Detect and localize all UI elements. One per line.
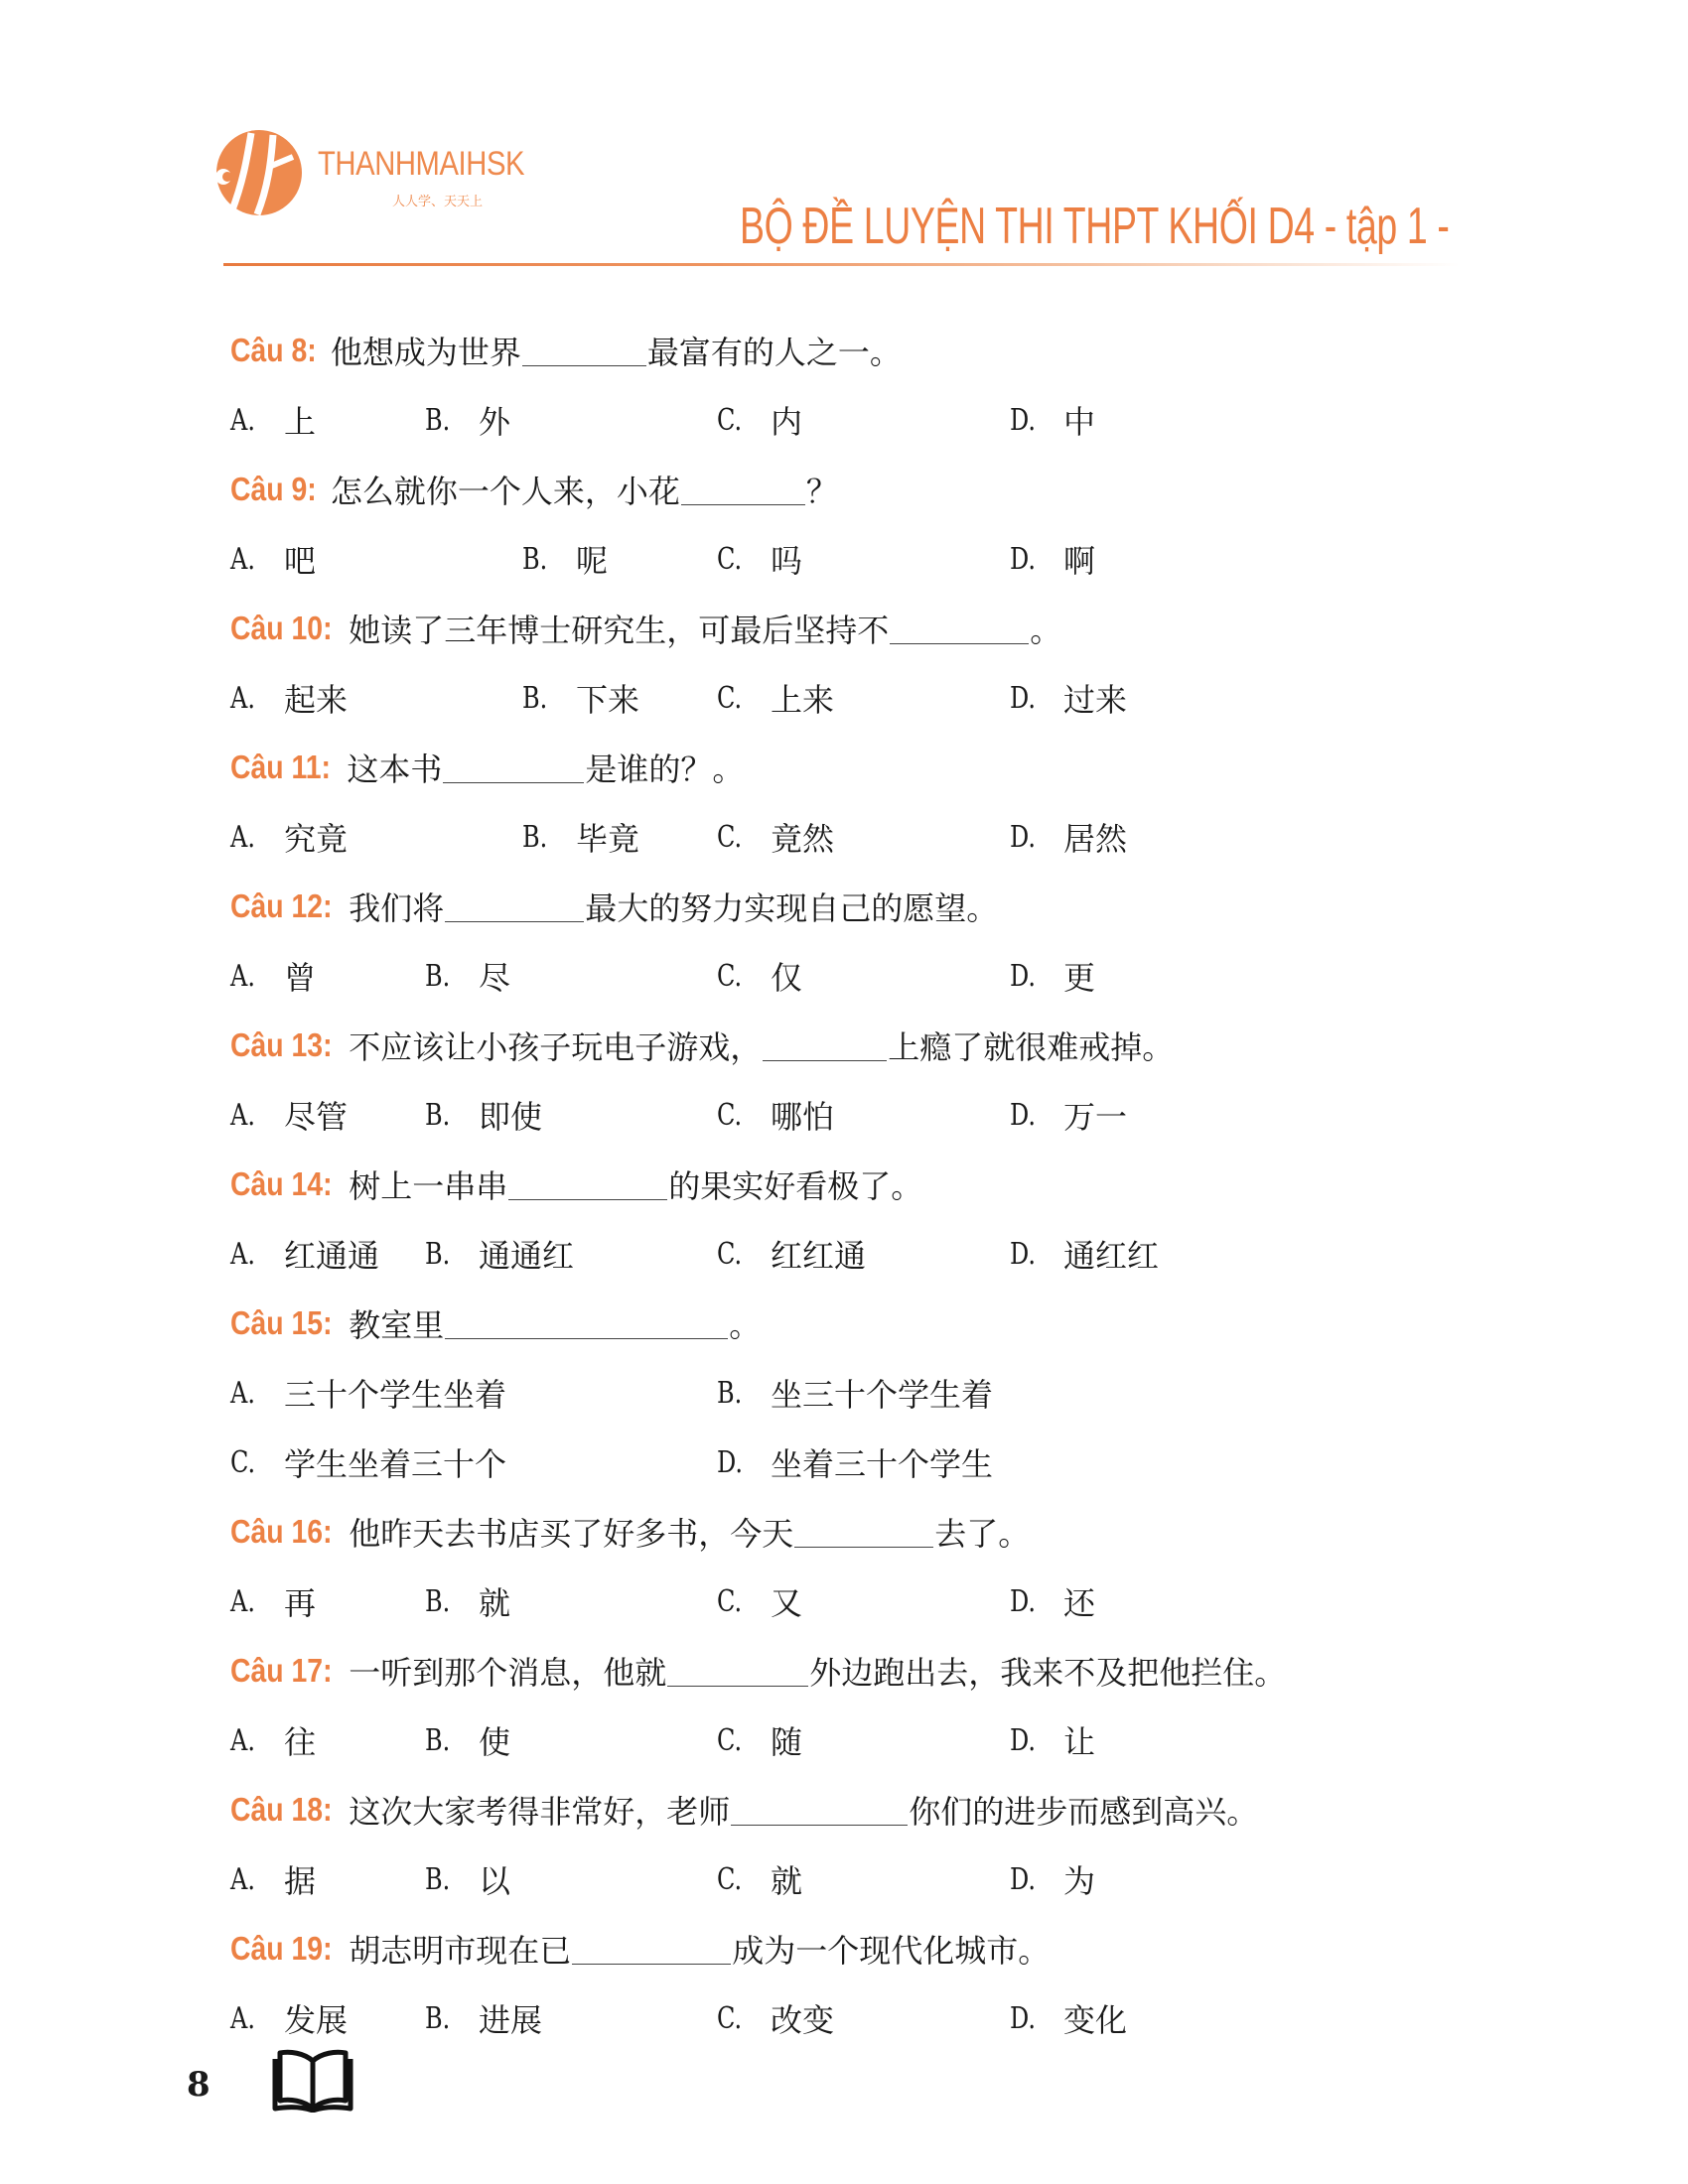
question-text-after: 最大的努力实现自己的愿望。 [585,884,998,929]
answer-blank [731,1795,908,1826]
option-letter: A. [230,2001,273,2036]
answer-blank [794,1517,933,1548]
answer-blank [508,1169,667,1200]
option-c: C.随 [717,1706,802,1775]
option-text: 万一 [1063,1092,1127,1138]
option-letter: B. [425,1237,468,1272]
option-text: 三十个学生坐着 [284,1370,506,1416]
options-row: A.吧B.呢C.吗D.啊 [230,524,1521,594]
option-text: 外 [479,397,510,443]
option-letter: C. [717,820,760,855]
answer-blank [572,1934,731,1965]
option-letter: B. [425,403,468,438]
option-a: A.三十个学生坐着 [230,1358,506,1428]
option-a: A.起来 [230,663,348,733]
option-b: B.使 [425,1706,510,1775]
question-label: Câu 14: [230,1165,333,1203]
option-letter: D. [1010,1723,1053,1758]
question-label: Câu 16: [230,1513,333,1551]
question-text-before: 他想成为世界 [331,328,521,373]
options-row: A.再B.就C.又D.还 [230,1567,1521,1636]
option-letter: D. [1010,959,1053,994]
option-c: C.学生坐着三十个 [230,1428,506,1497]
question-text-after: 你们的进步而感到高兴。 [909,1787,1258,1833]
option-text: 即使 [479,1092,542,1138]
option-c: C.上来 [717,663,834,733]
option-letter: B. [425,1098,468,1133]
options-row: A.往B.使C.随D.让 [230,1706,1521,1775]
option-text: 坐三十个学生着 [771,1370,993,1416]
option-text: 下来 [576,675,639,721]
option-b: B.坐三十个学生着 [717,1358,993,1428]
question-12: Câu 12:我们将最大的努力实现自己的愿望。 [230,872,1521,941]
answer-blank [667,1656,808,1687]
option-text: 过来 [1063,675,1127,721]
option-letter: C. [717,403,760,438]
question-text: 树上一串串的果实好看极了。 [349,1161,922,1207]
options-row: A.红通通B.通通红C.红红通D.通红红 [230,1219,1521,1289]
question-8: Câu 8:他想成为世界最富有的人之一。 [230,316,1521,385]
question-text-after: 上瘾了就很难戒掉。 [888,1023,1174,1068]
option-text: 仅 [771,953,802,999]
option-d: D.变化 [1010,1983,1127,2053]
options-row: A.究竟B.毕竟C.竟然D.居然 [230,802,1521,872]
option-letter: D. [1010,1237,1053,1272]
answer-blank [681,475,805,505]
option-text: 哪怕 [771,1092,834,1138]
question-text-after: 。 [729,1300,761,1346]
question-9: Câu 9:怎么就你一个人来，小花？ [230,455,1521,524]
options-row: C.学生坐着三十个D.坐着三十个学生 [230,1428,1521,1497]
option-text: 中 [1063,397,1095,443]
question-text: 他想成为世界最富有的人之一。 [331,328,902,373]
question-text: 怎么就你一个人来，小花？ [331,467,838,512]
option-text: 尽管 [284,1092,348,1138]
option-letter: B. [522,542,565,577]
option-c: C.仅 [717,941,802,1011]
option-c: C.内 [717,385,802,455]
logo-name: THANHMAIHSK [318,145,524,184]
option-letter: D. [1010,681,1053,716]
question-text: 这本书是谁的？。 [347,745,744,790]
option-text: 上 [284,397,316,443]
option-a: A.发展 [230,1983,348,2053]
question-text-before: 我们将 [349,884,444,929]
option-d: D.啊 [1010,524,1095,594]
option-a: A.究竟 [230,802,348,872]
option-text: 通红红 [1063,1231,1159,1277]
option-letter: C. [717,542,760,577]
option-letter: C. [230,1445,273,1480]
option-c: C.就 [717,1844,802,1914]
question-label: Câu 19: [230,1930,333,1968]
option-letter: B. [425,2001,468,2036]
option-text: 吗 [771,536,802,582]
question-text-after: 。 [1030,606,1061,651]
option-text: 居然 [1063,814,1127,860]
option-text: 更 [1063,953,1095,999]
option-text: 究竟 [284,814,348,860]
option-letter: A. [230,1723,273,1758]
question-text-after: 外边跑出去，我来不及把他拦住。 [809,1648,1286,1694]
question-11: Câu 11:这本书是谁的？。 [230,733,1521,802]
question-13: Câu 13:不应该让小孩子玩电子游戏，上瘾了就很难戒掉。 [230,1011,1521,1080]
logo-slogan: 人人学、天天上 [392,191,483,209]
option-letter: D. [717,1445,760,1480]
option-c: C.又 [717,1567,802,1636]
question-text-before: 这本书 [347,745,442,790]
question-15: Câu 15:教室里。 [230,1289,1521,1358]
question-text-before: 树上一串串 [349,1161,507,1207]
option-text: 学生坐着三十个 [284,1439,506,1485]
option-letter: A. [230,1862,273,1897]
option-letter: A. [230,959,273,994]
option-c: C.改变 [717,1983,834,2053]
option-text: 往 [284,1717,316,1763]
option-b: B.就 [425,1567,510,1636]
option-letter: C. [717,959,760,994]
option-text: 再 [284,1578,316,1624]
option-letter: A. [230,820,273,855]
option-letter: A. [230,1098,273,1133]
answer-blank [445,1308,728,1339]
option-text: 进展 [479,1995,542,2041]
option-text: 毕竟 [576,814,639,860]
option-a: A.往 [230,1706,316,1775]
options-row: A.上B.外C.内D.中 [230,385,1521,455]
option-d: D.通红红 [1010,1219,1159,1289]
option-text: 发展 [284,1995,348,2041]
option-text: 使 [479,1717,510,1763]
question-label: Câu 13: [230,1026,333,1064]
question-text-after: 是谁的？。 [585,745,744,790]
header-divider [223,263,1460,266]
option-letter: B. [425,959,468,994]
option-text: 就 [479,1578,510,1624]
options-row: A.曾B.尽C.仅D.更 [230,941,1521,1011]
option-c: C.竟然 [717,802,834,872]
option-text: 让 [1063,1717,1095,1763]
question-10: Câu 10:她读了三年博士研究生，可最后坚持不。 [230,594,1521,663]
option-text: 红通通 [284,1231,379,1277]
question-text-after: 成为一个现代化城市。 [732,1926,1050,1972]
option-a: A.曾 [230,941,316,1011]
answer-blank [890,614,1029,644]
question-label: Câu 10: [230,610,333,647]
option-text: 啊 [1063,536,1095,582]
option-text: 上来 [771,675,834,721]
option-text: 呢 [576,536,608,582]
question-text-before: 怎么就你一个人来，小花 [331,467,680,512]
question-text: 这次大家考得非常好，老师你们的进步而感到高兴。 [349,1787,1258,1833]
option-text: 红红通 [771,1231,866,1277]
option-letter: A. [230,681,273,716]
option-text: 又 [771,1578,802,1624]
question-16: Câu 16:他昨天去书店买了好多书，今天去了。 [230,1497,1521,1567]
option-b: B.下来 [522,663,639,733]
question-text-after: 的果实好看极了。 [668,1161,922,1207]
option-text: 内 [771,397,802,443]
option-letter: C. [717,1237,760,1272]
option-b: B.外 [425,385,510,455]
option-a: A.红通通 [230,1219,379,1289]
question-18: Câu 18:这次大家考得非常好，老师你们的进步而感到高兴。 [230,1775,1521,1844]
option-a: A.再 [230,1567,316,1636]
option-letter: C. [717,2001,760,2036]
option-text: 通通红 [479,1231,574,1277]
option-letter: A. [230,1376,273,1411]
option-b: B.以 [425,1844,510,1914]
option-letter: D. [1010,820,1053,855]
option-letter: C. [717,681,760,716]
question-text-before: 一听到那个消息，他就 [349,1648,666,1694]
option-b: B.尽 [425,941,510,1011]
option-d: D.中 [1010,385,1095,455]
option-b: B.即使 [425,1080,542,1150]
option-letter: B. [425,1862,468,1897]
option-letter: D. [1010,2001,1053,2036]
option-letter: B. [425,1584,468,1619]
open-book-icon [272,2047,353,2113]
option-d: D.坐着三十个学生 [717,1428,993,1497]
question-text-before: 他昨天去书店买了好多书，今天 [349,1509,793,1555]
option-text: 以 [479,1856,510,1902]
question-17: Câu 17:一听到那个消息，他就外边跑出去，我来不及把他拦住。 [230,1636,1521,1706]
brand-logo: THANHMAIHSK 人人学、天天上 [213,127,531,226]
option-letter: B. [717,1376,760,1411]
option-text: 尽 [479,953,510,999]
question-label: Câu 12: [230,887,333,925]
option-c: C.吗 [717,524,802,594]
question-text: 我们将最大的努力实现自己的愿望。 [349,884,998,929]
option-d: D.万一 [1010,1080,1127,1150]
option-text: 竟然 [771,814,834,860]
option-letter: D. [1010,1862,1053,1897]
question-text-after: ？ [806,467,838,512]
answer-blank [522,336,646,366]
option-letter: C. [717,1098,760,1133]
option-letter: C. [717,1723,760,1758]
option-letter: A. [230,403,273,438]
options-row: A.尽管B.即使C.哪怕D.万一 [230,1080,1521,1150]
option-d: D.更 [1010,941,1095,1011]
question-text-after: 去了。 [934,1509,1030,1555]
option-b: B.呢 [522,524,608,594]
question-label: Câu 17: [230,1652,333,1690]
option-a: A.上 [230,385,316,455]
option-letter: D. [1010,403,1053,438]
answer-blank [763,1030,887,1061]
option-d: D.还 [1010,1567,1095,1636]
option-d: D.为 [1010,1844,1095,1914]
question-text-before: 这次大家考得非常好，老师 [349,1787,730,1833]
option-letter: D. [1010,1098,1053,1133]
page-number: 8 [187,2065,211,2105]
options-row: A.发展B.进展C.改变D.变化 [230,1983,1521,2053]
question-text: 教室里。 [349,1300,761,1346]
option-text: 坐着三十个学生 [771,1439,993,1485]
option-text: 吧 [284,536,316,582]
book-title: BỘ ĐỀ LUYỆN THI THPT KHỐI D4 - tập 1 - [740,197,1450,256]
question-19: Câu 19:胡志明市现在已成为一个现代化城市。 [230,1914,1521,1983]
option-d: D.居然 [1010,802,1127,872]
option-text: 就 [771,1856,802,1902]
question-list: Câu 8:他想成为世界最富有的人之一。A.上B.外C.内D.中Câu 9:怎么… [230,316,1521,2053]
question-text: 她读了三年博士研究生，可最后坚持不。 [349,606,1061,651]
option-letter: B. [425,1723,468,1758]
option-text: 曾 [284,953,316,999]
option-letter: A. [230,1584,273,1619]
option-letter: C. [717,1584,760,1619]
question-14: Câu 14:树上一串串的果实好看极了。 [230,1150,1521,1219]
option-d: D.过来 [1010,663,1127,733]
options-row: A.据B.以C.就D.为 [230,1844,1521,1914]
options-row: A.三十个学生坐着B.坐三十个学生着 [230,1358,1521,1428]
option-text: 为 [1063,1856,1095,1902]
option-c: C.红红通 [717,1219,866,1289]
option-d: D.让 [1010,1706,1095,1775]
option-letter: B. [522,681,565,716]
option-a: A.尽管 [230,1080,348,1150]
option-text: 起来 [284,675,348,721]
option-letter: D. [1010,1584,1053,1619]
question-text-before: 教室里 [349,1300,444,1346]
question-text-after: 最富有的人之一。 [647,328,902,373]
answer-blank [443,752,584,783]
question-label: Câu 11: [230,749,331,786]
option-letter: A. [230,1237,273,1272]
option-letter: C. [717,1862,760,1897]
question-text: 胡志明市现在已成为一个现代化城市。 [349,1926,1050,1972]
option-b: B.通通红 [425,1219,574,1289]
question-text-before: 她读了三年博士研究生，可最后坚持不 [349,606,889,651]
option-b: B.毕竟 [522,802,639,872]
question-text-before: 不应该让小孩子玩电子游戏， [349,1023,762,1068]
option-a: A.据 [230,1844,316,1914]
logo-mark-icon [213,127,305,218]
option-text: 变化 [1063,1995,1127,2041]
option-text: 据 [284,1856,316,1902]
option-letter: B. [522,820,565,855]
question-label: Câu 9: [230,471,317,508]
question-text: 他昨天去书店买了好多书，今天去了。 [349,1509,1030,1555]
answer-blank [445,891,584,922]
question-label: Câu 15: [230,1304,333,1342]
option-c: C.哪怕 [717,1080,834,1150]
question-text: 一听到那个消息，他就外边跑出去，我来不及把他拦住。 [349,1648,1286,1694]
option-letter: A. [230,542,273,577]
option-text: 随 [771,1717,802,1763]
option-text: 还 [1063,1578,1095,1624]
question-label: Câu 8: [230,332,317,369]
option-b: B.进展 [425,1983,542,2053]
option-text: 改变 [771,1995,834,2041]
options-row: A.起来B.下来C.上来D.过来 [230,663,1521,733]
question-text-before: 胡志明市现在已 [349,1926,571,1972]
question-label: Câu 18: [230,1791,333,1829]
question-text: 不应该让小孩子玩电子游戏，上瘾了就很难戒掉。 [349,1023,1174,1068]
option-letter: D. [1010,542,1053,577]
option-a: A.吧 [230,524,316,594]
